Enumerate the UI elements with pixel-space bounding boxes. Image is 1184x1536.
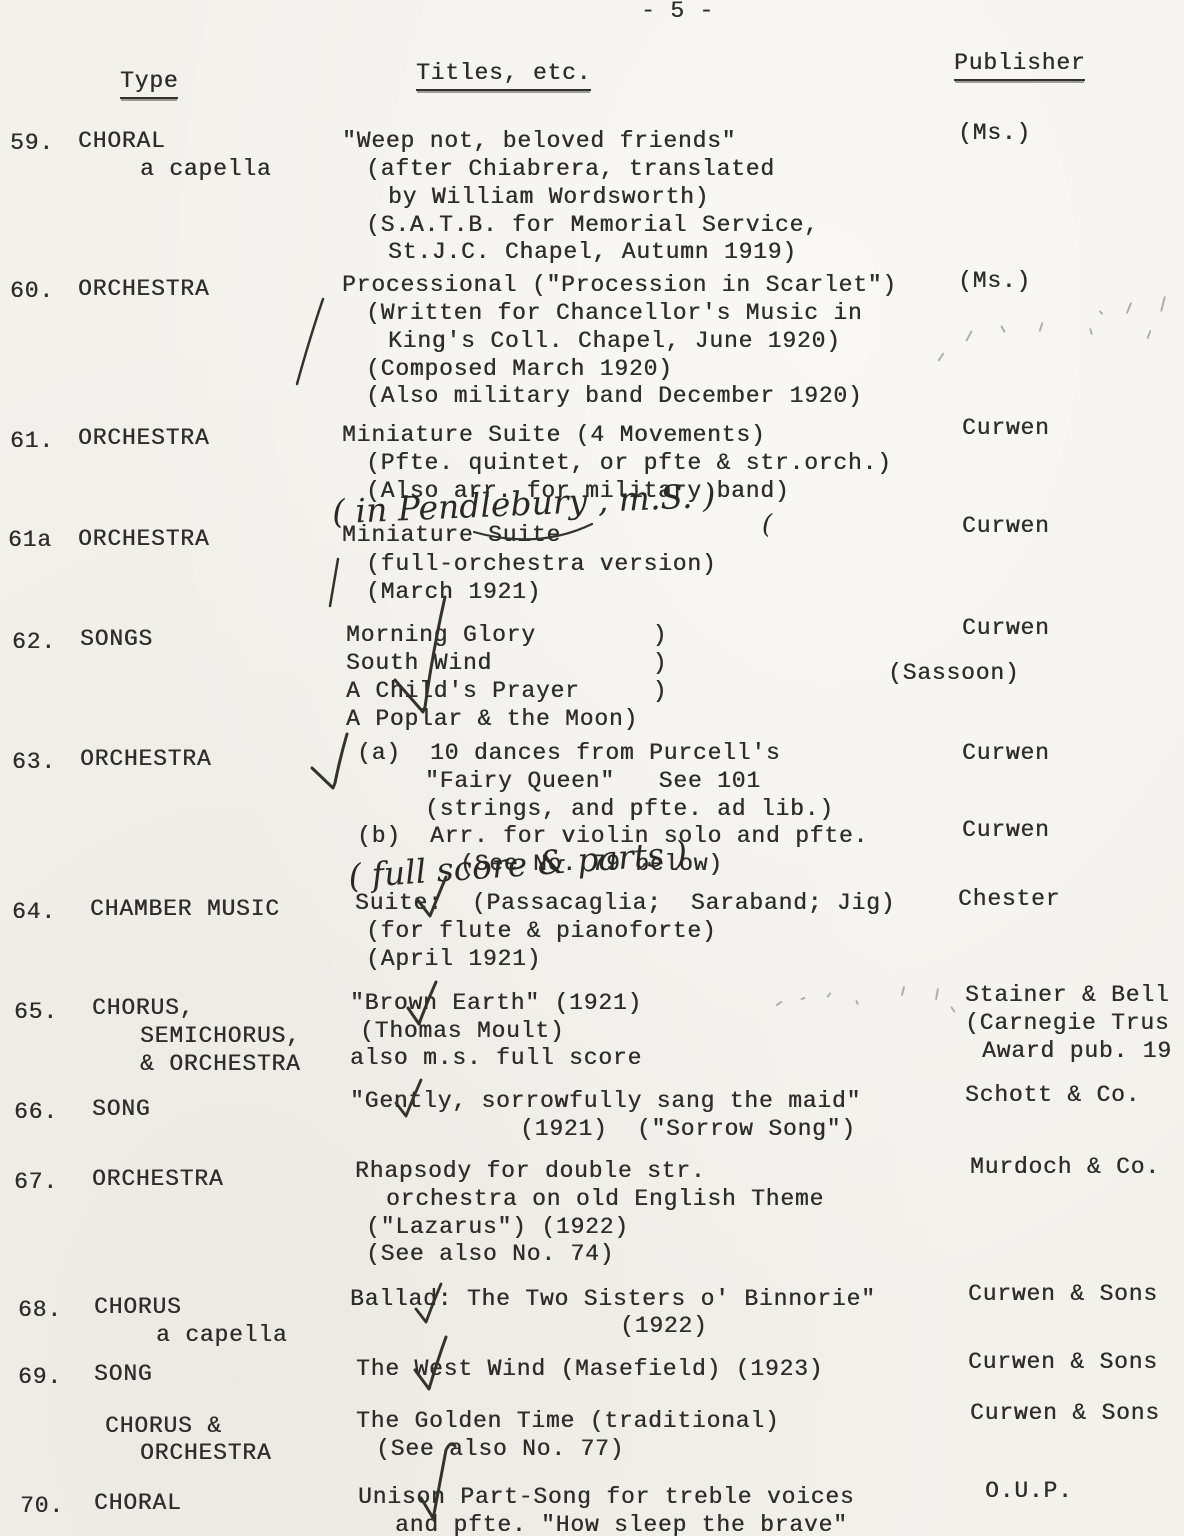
title-line: (full-orchestra version) bbox=[366, 551, 716, 577]
publisher: Chester bbox=[958, 886, 1060, 912]
publisher: (Carnegie Trus bbox=[965, 1010, 1169, 1036]
entry-number: 63. bbox=[12, 749, 56, 775]
publisher: Murdoch & Co. bbox=[970, 1154, 1160, 1180]
entry-number: 62. bbox=[12, 629, 56, 655]
entry-number: 70. bbox=[20, 1493, 64, 1519]
publisher: Schott & Co. bbox=[965, 1082, 1140, 1108]
entry-number: 67. bbox=[14, 1169, 58, 1195]
title-line: King's Coll. Chapel, June 1920) bbox=[388, 328, 841, 354]
publisher: Curwen bbox=[962, 817, 1050, 843]
entry-type: SEMICHORUS, bbox=[140, 1023, 301, 1049]
pencil-mark bbox=[1089, 328, 1093, 335]
entry-number: 66. bbox=[14, 1099, 58, 1125]
column-header-publisher: Publisher bbox=[954, 50, 1085, 81]
checkmark-icon bbox=[412, 1280, 446, 1328]
publisher: O.U.P. bbox=[985, 1478, 1073, 1504]
checkmark-icon bbox=[412, 872, 452, 922]
publisher: (Ms.) bbox=[958, 120, 1031, 146]
pencil-mark bbox=[950, 1006, 956, 1013]
handwritten-swash-line bbox=[468, 518, 598, 552]
publisher: Curwen bbox=[962, 415, 1050, 441]
title-line: (1921) ("Sorrow Song") bbox=[520, 1116, 856, 1142]
pencil-mark bbox=[776, 1001, 783, 1007]
title-line: (Also military band December 1920) bbox=[366, 383, 862, 409]
pencil-mark bbox=[826, 992, 831, 998]
entry-type: ORCHESTRA bbox=[80, 746, 211, 772]
publisher: Curwen bbox=[962, 740, 1050, 766]
entry-type: CHAMBER MUSIC bbox=[90, 896, 280, 922]
pencil-mark bbox=[1099, 310, 1104, 315]
entry-type: CHORUS bbox=[94, 1294, 182, 1320]
column-header-type: Type bbox=[120, 68, 178, 99]
checkmark-icon bbox=[303, 728, 355, 794]
document-page: - 5 - Type Titles, etc. Publisher 59. CH… bbox=[0, 0, 1184, 1536]
title-line: Rhapsody for double str. bbox=[355, 1158, 705, 1184]
publisher: Curwen bbox=[962, 615, 1050, 641]
publisher: Stainer & Bell bbox=[965, 982, 1169, 1008]
title-line: (a) 10 dances from Purcell's bbox=[357, 740, 780, 766]
entry-number: 60. bbox=[10, 278, 54, 304]
title-line: (Thomas Moult) bbox=[360, 1018, 564, 1044]
title-line: (strings, and pfte. ad lib.) bbox=[425, 796, 834, 822]
entry-type: ORCHESTRA bbox=[78, 425, 209, 451]
page-number: - 5 - bbox=[641, 0, 714, 24]
title-line: also m.s. full score bbox=[350, 1045, 642, 1071]
title-line: ("Lazarus") (1922) bbox=[366, 1214, 629, 1240]
pencil-mark bbox=[1039, 322, 1044, 332]
entry-type: & ORCHESTRA bbox=[140, 1051, 301, 1077]
title-line: (See also No. 77) bbox=[376, 1436, 624, 1462]
entry-type: CHORUS & bbox=[105, 1413, 222, 1439]
title-line: (Pfte. quintet, or pfte & str.orch.) bbox=[366, 450, 892, 476]
pencil-mark bbox=[937, 352, 944, 361]
title-line: (Composed March 1920) bbox=[366, 356, 673, 382]
publisher: Curwen bbox=[962, 513, 1050, 539]
title-line: (1922) bbox=[620, 1313, 708, 1339]
publisher: Curwen & Sons bbox=[968, 1281, 1158, 1307]
entry-type: SONG bbox=[92, 1096, 150, 1122]
title-line: "Weep not, beloved friends" bbox=[342, 128, 736, 154]
checkmark-icon bbox=[415, 1438, 463, 1526]
publisher: Award pub. 19 bbox=[982, 1038, 1172, 1064]
title-line: "Fairy Queen" See 101 bbox=[425, 768, 761, 794]
entry-type: a capella bbox=[156, 1322, 287, 1348]
title-line: orchestra on old English Theme bbox=[386, 1186, 824, 1212]
pencil-mark bbox=[1126, 302, 1132, 314]
title-side-note: (Sassoon) bbox=[888, 660, 1019, 686]
title-line: Processional ("Procession in Scarlet") bbox=[342, 272, 897, 298]
entry-type: CHORAL bbox=[78, 128, 166, 154]
handwritten-slash-mark bbox=[290, 295, 330, 390]
entry-type: SONG bbox=[94, 1361, 152, 1387]
title-line: "Gently, sorrowfully sang the maid" bbox=[350, 1088, 861, 1114]
checkmark-icon bbox=[392, 1076, 426, 1122]
title-line: "Brown Earth" (1921) bbox=[350, 990, 642, 1016]
title-line: (after Chiabrera, translated bbox=[366, 156, 775, 182]
pencil-mark bbox=[901, 986, 906, 996]
publisher: Curwen & Sons bbox=[968, 1349, 1158, 1375]
entry-type: ORCHESTRA bbox=[78, 526, 209, 552]
entry-type: ORCHESTRA bbox=[92, 1166, 223, 1192]
title-line: The Golden Time (traditional) bbox=[356, 1408, 779, 1434]
pencil-mark bbox=[800, 997, 805, 1001]
title-line: by William Wordsworth) bbox=[388, 184, 709, 210]
publisher: (Ms.) bbox=[958, 268, 1031, 294]
entry-number: 69. bbox=[18, 1364, 62, 1390]
entry-number: 61a bbox=[8, 527, 52, 553]
entry-number: 68. bbox=[18, 1297, 62, 1323]
checkmark-icon bbox=[408, 1332, 454, 1396]
checkmark-icon bbox=[385, 592, 453, 720]
publisher: Curwen & Sons bbox=[970, 1400, 1160, 1426]
entry-type: CHORAL bbox=[94, 1490, 182, 1516]
pencil-mark bbox=[965, 330, 972, 342]
pencil-mark bbox=[1147, 330, 1152, 339]
entry-number: 64. bbox=[12, 899, 56, 925]
pencil-mark bbox=[935, 988, 939, 1000]
pencil-mark bbox=[1000, 325, 1006, 333]
entry-number: 61. bbox=[10, 428, 54, 454]
entry-type: CHORUS, bbox=[92, 995, 194, 1021]
entry-number: 65. bbox=[14, 999, 58, 1025]
checkmark-icon bbox=[402, 978, 442, 1030]
title-line: (S.A.T.B. for Memorial Service, bbox=[366, 212, 819, 238]
handwritten-stroke-mark bbox=[326, 556, 342, 610]
handwritten-annotation: ( bbox=[762, 510, 772, 540]
title-line: St.J.C. Chapel, Autumn 1919) bbox=[388, 239, 797, 265]
title-line: (Written for Chancellor's Music in bbox=[366, 300, 862, 326]
entry-type: SONGS bbox=[80, 626, 153, 652]
pencil-mark bbox=[855, 1000, 859, 1005]
title-line: (See also No. 74) bbox=[366, 1241, 614, 1267]
entry-type: a capella bbox=[140, 156, 271, 182]
entry-type: ORCHESTRA bbox=[78, 276, 209, 302]
title-line: (April 1921) bbox=[366, 946, 541, 972]
title-line: Miniature Suite (4 Movements) bbox=[342, 422, 765, 448]
column-header-titles: Titles, etc. bbox=[416, 60, 591, 91]
entry-type: ORCHESTRA bbox=[140, 1440, 271, 1466]
pencil-mark bbox=[1160, 296, 1166, 312]
entry-number: 59. bbox=[10, 130, 54, 156]
